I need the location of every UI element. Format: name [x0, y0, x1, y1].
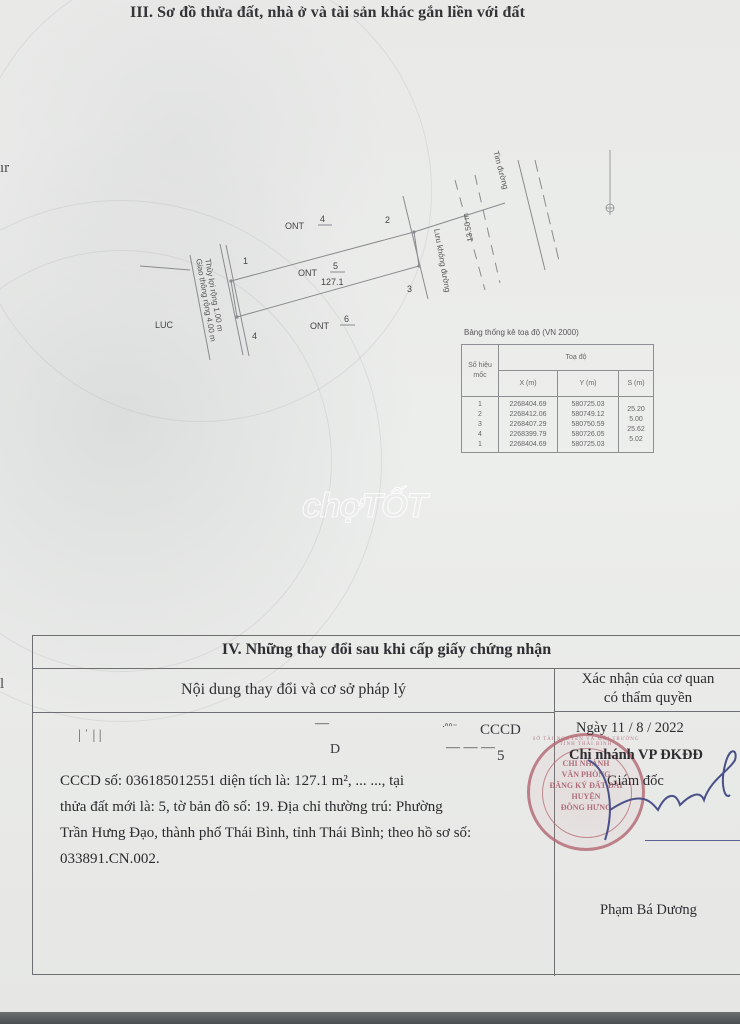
obscured-text: D — [330, 742, 340, 758]
signer-name: Phạm Bá Dương — [600, 902, 697, 919]
x-header: X (m) — [499, 371, 558, 397]
entry-line: Trần Hưng Đạo, thành phố Thái Bình, tỉnh… — [60, 820, 530, 846]
y-column: 580725.03 580749.12 580750.59 580726.05 … — [558, 397, 619, 453]
certificate-page: III. Sơ đồ thửa đất, nhà ở và tài sản kh… — [0, 0, 740, 1012]
corner-point-label: 1 — [243, 256, 248, 266]
photo-background-edge — [0, 1012, 740, 1024]
parcel-label: ONT — [298, 268, 317, 278]
north-arrow-icon — [606, 150, 614, 215]
s-column: 25.20 5.00 25.62 5.02 — [619, 397, 654, 453]
s-header: S (m) — [619, 371, 654, 397]
changes-column-header: Nội dung thay đổi và cơ sở pháp lý — [33, 668, 554, 713]
parcel-label: LUC — [155, 320, 173, 330]
coords-header: Toạ độ — [499, 345, 654, 371]
signature-line — [645, 840, 740, 841]
parcel-number: 4 — [320, 214, 325, 224]
obscured-text: CCCD — [480, 722, 521, 739]
parcel-map: ONT 4 ONT 5 127.1 ONT 6 LUC 1 2 3 4 13.5… — [0, 0, 740, 640]
parcel-number: 5 — [333, 261, 338, 271]
marker-column: 1 2 3 4 1 — [462, 397, 499, 453]
entry-line: CCCD số: 036185012551 diện tích là: 127.… — [60, 768, 530, 794]
obscured-text: 5 — [497, 748, 505, 765]
redacted-text: — — — — [446, 740, 495, 756]
corner-point-label: 4 — [252, 331, 257, 341]
marker-header: Số hiệu mốc — [462, 345, 499, 397]
redacted-text: | ˈ | | — [78, 728, 102, 744]
y-header: Y (m) — [558, 371, 619, 397]
coord-table: Số hiệu mốc Toạ độ X (m) Y (m) S (m) 1 2… — [461, 344, 654, 453]
parcel-label: ONT — [285, 221, 304, 231]
coord-table-title: Bảng thống kê toạ độ (VN 2000) — [464, 328, 579, 337]
edge-text-fragment: l — [0, 676, 4, 693]
chotot-watermark: chợTỐT — [302, 487, 427, 526]
confirmation-date: Ngày 11 / 8 / 2022 — [576, 720, 684, 737]
parcel-map-lines — [0, 0, 740, 640]
x-column: 2268404.69 2268412.06 2268407.29 2268399… — [499, 397, 558, 453]
parcel-label: ONT — [310, 321, 329, 331]
redacted-text: ᐧᐢᐢ⁻ — [442, 722, 458, 733]
corner-point-label: 3 — [407, 284, 412, 294]
entry-line: thửa đất mới là: 5, tờ bản đồ số: 19. Đị… — [60, 794, 530, 820]
confirmation-column-header: Xác nhận của cơ quan có thẩm quyền — [554, 668, 740, 712]
parcel-area: 127.1 — [321, 277, 344, 287]
section-4-title: IV. Những thay đổi sau khi cấp giấy chứn… — [33, 636, 740, 669]
entry-line: 033891.CN.002. — [60, 846, 530, 872]
parcel-number: 6 — [344, 314, 349, 324]
corner-point-label: 2 — [385, 215, 390, 225]
signature — [580, 740, 740, 850]
redacted-text: — — [315, 716, 329, 732]
change-entry-content: CCCD số: 036185012551 diện tích là: 127.… — [60, 768, 530, 872]
